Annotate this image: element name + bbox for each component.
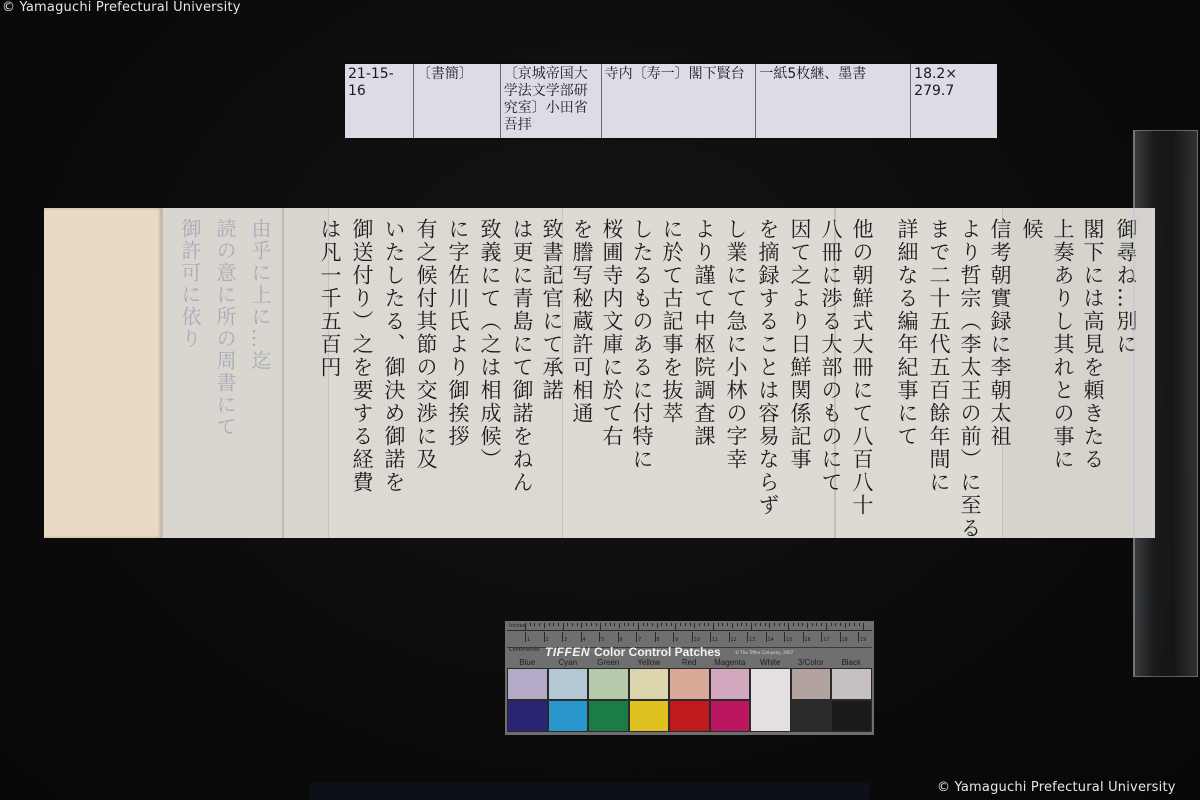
handwriting-column: まで二十五代五百餘年間に [926,218,952,494]
patch-saturated [831,700,872,732]
label-format: 一紙5枚継、墨書 [756,64,911,138]
ruler-cm-number: 15 [786,637,792,643]
ruler-tick [675,623,676,630]
handwriting-column: 致義にて（之は相成候） [477,218,503,471]
ruler-tick [788,623,789,630]
ruler-tick [746,623,747,626]
ruler-cm-tick [766,632,767,642]
handwriting-column: 候 [1019,218,1045,241]
ruler-cm-tick [525,632,526,642]
ruler-tick [614,623,615,626]
paper-fold [282,208,284,538]
ruler-cm-label: Centimetres [509,647,540,653]
handwriting-column: 読の意に所の周書にて [212,218,238,438]
ruler-cm-number: 9 [675,637,678,643]
ruler-tick [765,623,766,626]
ruler-tick [713,623,714,630]
ruler-inch-line [507,630,872,631]
ruler-tick [643,623,644,626]
patch-label-blue: Blue [507,658,548,667]
ruler-cm-tick [562,632,563,642]
ruler-tick [563,623,564,630]
chart-title-text: Color Control Patches [594,645,721,659]
ruler-cm-tick [636,632,637,642]
handwriting-column: 他の朝鮮式大冊にて八百八十 [849,218,875,517]
patch-label-green: Green [588,658,629,667]
ruler-tick [619,623,620,628]
ruler-cm-tick [784,632,785,642]
ruler-cm-number: 7 [638,637,641,643]
patch-label-magenta: Magenta [710,658,751,667]
ruler-tick [647,623,648,626]
ruler-tick [577,623,578,626]
ruler-tick [779,623,780,626]
catalog-label: 21-15- 16 〔書簡〕 〔京城帝国大学法文学部研究室〕小田省吾拝 寺内〔寿… [345,64,997,138]
patch-column [548,668,589,732]
ruler-tick [549,623,550,626]
patch-label-red: Red [669,658,710,667]
label-recipient: 寺内〔寿一〕閣下賢台 [602,64,757,138]
ruler-tick [751,623,752,630]
ruler-tick [680,623,681,626]
ruler-cm-tick [673,632,674,642]
patch-label-white: White [750,658,791,667]
ruler-tick [600,623,601,630]
ruler-tick [859,623,860,626]
ruler-tick [849,623,850,626]
ruler-cm-number: 16 [805,637,811,643]
ruler-tick [690,623,691,626]
ruler-tick [534,623,535,626]
ruler-tick [685,623,686,626]
label-type: 〔書簡〕 [414,64,501,138]
handwriting-column: 八冊に渉る大部のものにて [818,218,844,494]
handwriting-column: 桜圃寺内文庫に於て右 [599,218,625,448]
patch-light [831,668,872,700]
ruler-cm-tick [692,632,693,642]
ruler-cm-tick [821,632,822,642]
ruler-cm-tick [655,632,656,642]
patch-light [791,668,832,700]
ruler-cm-number: 10 [694,637,700,643]
ruler-tick [657,623,658,628]
ruler-tick [826,623,827,630]
handwriting-column: 由乎に上に…迄 [247,218,273,372]
ruler-cm-number: 14 [768,637,774,643]
ruler-tick [732,623,733,628]
label-dimensions: 18.2× 279.7 [911,64,997,138]
handwriting-column: 御送付り）之を要する経費 [349,218,375,494]
ruler-tick [727,623,728,626]
ruler-tick [863,623,864,630]
handwriting-column: は更に青島にて御諾をねん [509,218,535,494]
ruler-tick [628,623,629,626]
ruler-tick [586,623,587,626]
ruler-tick [840,623,841,626]
ruler-cm-number: 17 [823,637,829,643]
patch-column [750,668,791,732]
patch-label-yellow: Yellow [629,658,670,667]
ruler-tick [610,623,611,626]
tiffen-brand: TIFFEN [545,645,590,659]
patch-saturated [629,700,670,732]
ruler-tick [854,623,855,626]
ruler-tick [605,623,606,626]
ruler-tick [624,623,625,626]
ruler-tick [802,623,803,626]
ruler-tick [591,623,592,626]
patch-column [507,668,548,732]
ruler-tick [572,623,573,626]
patch-names: BlueCyanGreenYellowRedMagentaWhite3/Colo… [507,658,872,667]
ruler-tick [581,623,582,628]
ruler-tick [539,623,540,626]
ruler-cm-number: 1 [527,637,530,643]
ruler-cm-tick [618,632,619,642]
patch-saturated [548,700,589,732]
chart-copyright: © The Tiffen Company, 2007 [735,650,793,655]
ruler-tick [737,623,738,626]
ruler-cm-number: 12 [731,637,737,643]
chart-title: TIFFENColor Control Patches [545,645,721,659]
label-number: 21-15- 16 [345,64,414,138]
handwriting-column: したるものあるに付特に [629,218,655,471]
ruler-tick [558,623,559,626]
ruler-cm-number: 2 [546,637,549,643]
patch-light [588,668,629,700]
patch-light [507,668,548,700]
color-patches [507,668,872,732]
patch-saturated [791,700,832,732]
patch-column [831,668,872,732]
ruler-tick [699,623,700,626]
ruler-tick [633,623,634,626]
ruler-cm-number: 4 [583,637,586,643]
patch-column [669,668,710,732]
ruler-tick [666,623,667,626]
handwriting-column: 有之候付其節の交渉に及 [413,218,439,471]
ruler-inches-label: Inches [509,623,525,629]
ruler-tick [596,623,597,626]
color-control-chart: 12345678910111213141516171819 Inches Cen… [505,621,874,735]
ruler-tick [793,623,794,626]
ruler-tick [812,623,813,626]
patch-light [548,668,589,700]
copyright-top: © Yamaguchi Prefectural University [2,0,241,15]
ruler-tick [831,623,832,626]
patch-saturated [507,700,548,732]
handwriting-column: 致書記官にて承諾 [539,218,565,402]
ruler-tick [784,623,785,626]
handwriting-column: は凡一千五百円 [317,218,343,379]
patch-light [629,668,670,700]
ruler-cm-number: 11 [712,637,718,643]
handwriting-column: し業にて急に小林の字幸 [723,218,749,471]
glass-weight [1133,130,1198,677]
ruler-tick [553,623,554,626]
ruler-cm-tick [544,632,545,642]
handwriting-column: を謄写秘蔵許可相通 [569,218,595,425]
patch-label-cyan: Cyan [548,658,589,667]
ruler-cm-number: 3 [564,637,567,643]
patch-light [710,668,751,700]
ruler-tick [755,623,756,626]
ruler-tick [567,623,568,626]
handwriting-column: より謹て中枢院調査課 [691,218,717,448]
ruler-tick [530,623,531,626]
ruler-cm-number: 19 [860,637,866,643]
ruler-tick [821,623,822,626]
ruler-cm-tick [710,632,711,642]
ruler-tick [835,623,836,626]
patch-saturated [669,700,710,732]
ruler-cm-number: 8 [657,637,660,643]
patch-saturated [710,700,751,732]
letter-scroll: 御尋ね…別に閣下には高見を頼きたる上奏ありし其れとの事に候信考朝實録に李朝太祖よ… [44,208,1154,538]
ruler-tick [774,623,775,626]
handwriting-column: 御許可に依り [177,218,203,350]
ruler-cm-tick [858,632,859,642]
ruler-cm-number: 13 [749,637,755,643]
handwriting-column: 上奏ありし其れとの事に [1050,218,1076,471]
handwriting-column: に於て古記事を抜萃 [659,218,685,425]
handwriting-column: 詳細なる編年紀事にて [894,218,920,448]
ruler-tick [741,623,742,626]
ruler-cm-number: 6 [620,637,623,643]
handwriting-column: 因て之より日鮮関係記事 [787,218,813,471]
ruler-tick [704,623,705,626]
label-sender: 〔京城帝国大学法文学部研究室〕小田省吾拝 [501,64,602,138]
ruler-tick [816,623,817,626]
ruler-tick [722,623,723,626]
bottom-edge-strip [310,783,870,800]
ruler-tick [661,623,662,626]
ruler-tick [652,623,653,626]
ruler-tick [807,623,808,628]
ruler-cm-tick [599,632,600,642]
ruler-tick [718,623,719,626]
handwriting-column: に字佐川氏より御挨拶 [445,218,471,448]
ruler-tick [638,623,639,630]
ruler-cm-tick [581,632,582,642]
patch-label-black: Black [831,658,872,667]
ruler-tick [845,623,846,628]
ruler-cm-tick [803,632,804,642]
patch-saturated [588,700,629,732]
handwriting-column: を摘録することは容易ならず [755,218,781,517]
handwriting-column: 信考朝實録に李朝太祖 [987,218,1013,448]
ruler-cm-number: 5 [601,637,604,643]
handwriting-column: 閣下には高見を頼きたる [1080,218,1106,471]
ruler-cm-tick [747,632,748,642]
patch-white [750,668,791,732]
patch-column [588,668,629,732]
patch-column [791,668,832,732]
ruler-tick [798,623,799,626]
ruler-cm-number: 18 [842,637,848,643]
ruler-tick [671,623,672,626]
scroll-endpaper [44,208,162,538]
handwriting-column: より哲宗（李太王の前）に至る [957,218,983,540]
ruler-tick [694,623,695,628]
ruler-tick [708,623,709,626]
patch-light [669,668,710,700]
copyright-bottom: © Yamaguchi Prefectural University [937,780,1176,795]
patch-column [710,668,751,732]
ruler-cm-tick [840,632,841,642]
patch-column [629,668,670,732]
ruler-tick [544,623,545,628]
ruler-cm-tick [729,632,730,642]
handwriting-column: いたしたる、御決め御諾を [381,218,407,494]
ruler-tick [760,623,761,626]
ruler-tick [769,623,770,628]
patch-label-3color: 3/Color [791,658,832,667]
